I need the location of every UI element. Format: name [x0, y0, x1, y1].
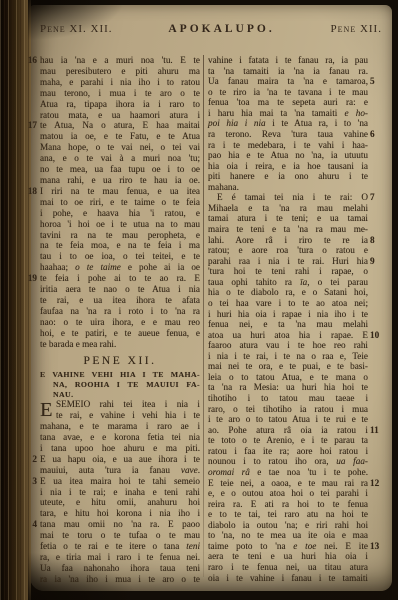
text-line: 10atoa ua huri atoa hia i rapae. E [208, 330, 368, 341]
text-line: 2E ua hapu oia, e ua aue ihora i te [40, 454, 200, 465]
text-line: i pohe, e haava hia 'i ratou, e [40, 208, 200, 219]
text-line: mahana, e te marama i raro ae i [40, 421, 200, 432]
text-line: fetia o te rai e te itere o tana teni [40, 541, 200, 552]
verse-number: 13 [370, 541, 387, 552]
text-line: 3E ua itea maira hoi te tahi semeio [40, 476, 200, 487]
text-line: raro, o tei tihotiho ia ratou i mua [208, 404, 368, 415]
text-line: Atua ra, tipapa ihora ia i raro to [40, 99, 200, 110]
verse-number: 17 [23, 120, 37, 131]
text-line: raro i te fenua nei, ua titau atura [208, 562, 368, 573]
verse-number: 7 [370, 192, 387, 203]
verse-number: 11 [370, 425, 387, 436]
text-line: mau terono, i mua i te aro o te [40, 88, 200, 99]
right-column: vahine i fatata i te fanau ra, ia pauta … [208, 55, 368, 583]
text-line: ra, e tiria mai i raro i te fenua nei. [40, 552, 200, 563]
text-line: ta 'na tamaiti ia 'na ia fanau ra. [208, 66, 368, 77]
text-line: i te aro o to tatou Atua i te rui e te [208, 414, 368, 425]
text-line: matou ia oe, e te Fatu, e te Atua [40, 131, 200, 142]
text-line: pao hia e te Atua no 'na, ia utuutu [208, 150, 368, 161]
text-line: 9parahi raa i nia i te rai. Huri hia [208, 256, 368, 267]
text-line: 17te Atua, Na o atura, E haa maitai [40, 120, 200, 131]
text-line: i haru hia mai ta 'na tamaiti e ho- [208, 108, 368, 119]
verse-number: 19 [23, 273, 37, 284]
text-line: leia o to tatou Atua, e te mana o [208, 372, 368, 383]
text-line: haahaa; o te taime e pohe ai ia oe [40, 262, 200, 273]
text-line: 5Ua fanau maira ta 'na e tamaroa, [208, 76, 368, 87]
text-line: te rai, e ua itea ihora te afata [40, 295, 200, 306]
text-line: 7E é tamai tei nia i te rai: O [208, 192, 368, 203]
text-line: i huri hia oia i rapae i nia iho i te [208, 309, 368, 320]
running-header: Pene XI. XII. APOKALUPO. Pene XII. [40, 23, 382, 35]
text-line: Mana hope, o te vai nei, o tei vai [40, 142, 200, 153]
text-line: aera te teni e ua huri hia oia i [208, 551, 368, 562]
verse-number: 4 [23, 519, 37, 530]
text-line: 'tura hoi te teni rahi i rapae, o [208, 266, 368, 277]
text-line: e, e o outou atoa hoi o tei parahi i [208, 488, 368, 499]
text-line: 18I riri na te mau fenua, e ua itea [40, 186, 200, 197]
text-line: mana rahi, e ua riro te hau ia oe. [40, 175, 200, 186]
text-line: tana avae, e e korona fetia tei nia [40, 432, 200, 443]
text-line: hia o te diabolo ra, e o Satani hoi, [208, 287, 368, 298]
text-line: ratou; e aore roa 'tura o ratou e [208, 245, 368, 256]
text-line: mai to oe riri, e te taime o te feia [40, 197, 200, 208]
text-line: tavini ra na te mau peropheta, e [40, 230, 200, 241]
text-line: ra ia 'na iho i mua i te aro o te [40, 574, 200, 585]
text-line: o tei haa vare i to te ao atoa nei; [208, 298, 368, 309]
text-line: nounou i to ratou iho ora, ua faa- [208, 456, 368, 467]
verse-number: 10 [370, 330, 387, 341]
section-heading-line: NA, ROOHIA I TE MAUIUI FA- [40, 380, 200, 390]
column-divider-rule [203, 55, 204, 577]
verse-number: 2 [23, 454, 37, 465]
text-line: mau peresibutero e piti ahuru ma [40, 66, 200, 77]
text-line: piti hanere e ia ono ahuru i te [208, 171, 368, 182]
text-line: 11ao. Pohe atura râ oia ia ratou i [208, 425, 368, 436]
text-line: oromai râ e tae noa 'tu i te pohe. [208, 467, 368, 478]
text-line: diabolo ia outou 'na; e riri rahi hoi [208, 520, 368, 531]
text-line: ratou i faa ite ra; aore hoi ratou i [208, 446, 368, 457]
text-line: faaroo atura vau i te hoe reo rahi [208, 340, 368, 351]
text-line: 6ra terono. Reva 'tura taua vahine [208, 129, 368, 140]
running-head-right: Pene XII. [331, 23, 382, 35]
text-line: mai nei te ora, e te puai, e te basi- [208, 361, 368, 372]
text-line: ta 'na ra Mesia: ua huri hia hoi te [208, 382, 368, 393]
text-line: tau i to oe ioa, o tei teitei, e te [40, 251, 200, 262]
text-line: 12E teie nei, a oaoa, e te mau rai ra [208, 478, 368, 489]
text-line: maha, e parahi i nia iho i to ratou [40, 77, 200, 88]
text-line: maira te teni e ta 'na ra mau me- [208, 224, 368, 235]
text-line: iritia aera te nao o te Atua i nia [40, 284, 200, 295]
text-line: 19te feia i pohe ai to te ao ra. E [40, 273, 200, 284]
text-line: ana, e o te vai à a muri noa 'tu; [40, 153, 200, 164]
section-heading-line: E VAHINE VEHI HIA I TE MAHA- [40, 370, 200, 380]
chapter-heading: PENE XII. [40, 349, 200, 370]
text-line: 16hau ia 'na e a muri noa 'tu. E te [40, 55, 200, 66]
text-line: reira ra. E ati ra hoi to te fenua [208, 499, 368, 510]
verse-number: 16 [23, 55, 37, 66]
text-line: 8lahi. Aore râ i riro te re ia [208, 235, 368, 246]
text-line: poi hia i nia i te Atua ra, i to 'na [208, 118, 368, 129]
text-line: ra i te medebara, i te vahi i haa- [208, 140, 368, 151]
text-line: tara, e hitu hoi korona i nia iho i [40, 508, 200, 519]
verse-number: 3 [23, 476, 37, 487]
text-line: vahine i fatata i te fanau ra, ia pau [208, 55, 368, 66]
text-line: no te mea, ua faa tupu oe i to oe [40, 164, 200, 175]
verse-number: 5 [370, 76, 387, 87]
text-line: o te riro ia 'na te tavana i te mau [208, 87, 368, 98]
text-line: i nia i te rai, i te na o raa e, Teie [208, 351, 368, 362]
text-line: nao: o te uira ihora, e e mau reo [40, 317, 200, 328]
text-line: tihotiho i to tatou mau taeae i [208, 393, 368, 404]
text-line: mahana. [208, 182, 368, 193]
text-line: tamai atura i te teni; e ua tamai [208, 213, 368, 224]
verse-number: 12 [370, 478, 387, 489]
verse-number: 8 [370, 235, 387, 246]
book-scan: Pene XI. XII. APOKALUPO. Pene XII. 16hau… [0, 0, 398, 600]
text-line: ESEMEIO rahi tei itea i nia i [40, 399, 200, 410]
verse-number: 6 [370, 129, 387, 140]
text-line: i nia i te rai; e inaha e teni rahi [40, 487, 200, 498]
running-head-left: Pene XI. XII. [40, 23, 113, 35]
text-line: te toto o te Arenio, e i te parau ta [208, 435, 368, 446]
running-head-title: APOKALUPO. [168, 23, 274, 35]
text-line: Ua faa nahonaho ihora taua teni [40, 563, 200, 574]
text-line: ratou mata, e ua haamori atura i [40, 110, 200, 121]
text-line: te rai, e vahine i vehi hia i te [40, 410, 200, 421]
text-line: taua ophi tahito ra īa, o tei parau [208, 277, 368, 288]
text-line: fenua 'toa ma te sepeta auri ra: e [208, 97, 368, 108]
text-line: e to te tai, tei raro atu na hoi te [208, 509, 368, 520]
text-line: hia oia i reira, e ia hoe tausani ia [208, 161, 368, 172]
page-edges-texture [0, 0, 31, 600]
text-line: na te feia moa, e na te feia i ma [40, 240, 200, 251]
verse-number: 18 [23, 186, 37, 197]
left-column: 16hau ia 'na e a muri noa 'tu. E temau p… [40, 55, 200, 585]
text-line: fenua nei, e ta 'na mau melahi [208, 319, 368, 330]
text-line: i tana upoo hoe ahuru e ma piti. [40, 443, 200, 454]
text-line: horoa 'i hoi oe i te utua na to mau [40, 219, 200, 230]
text-line: to 'na, no te mea ua ite oia e maa [208, 530, 368, 541]
text-line: oia i te vahine i fanau i te tamaiti [208, 573, 368, 584]
text-line: 13taime poto to 'na e toe nei. E ite [208, 541, 368, 552]
text-line: 4tana mau omii no 'na ra. E paoo [40, 519, 200, 530]
text-line: te barada e mea rahi. [40, 339, 200, 350]
text-line: mauiui, auta 'tura ia fanau vave. [40, 465, 200, 476]
text-line: hoi, e te patiri, e te aueue fenua, e [40, 328, 200, 339]
text-line: Mihaela e ta 'na ra mau melahi [208, 203, 368, 214]
verse-number: 9 [370, 256, 387, 267]
section-heading-line: NAU. [40, 390, 200, 400]
text-line: faufaa na 'na ra i roto i to 'na ra [40, 306, 200, 317]
text-line: mai te toru o te tufaa o te mau [40, 530, 200, 541]
text-line: uteute, e hitu omii, anahuru hoi [40, 497, 200, 508]
